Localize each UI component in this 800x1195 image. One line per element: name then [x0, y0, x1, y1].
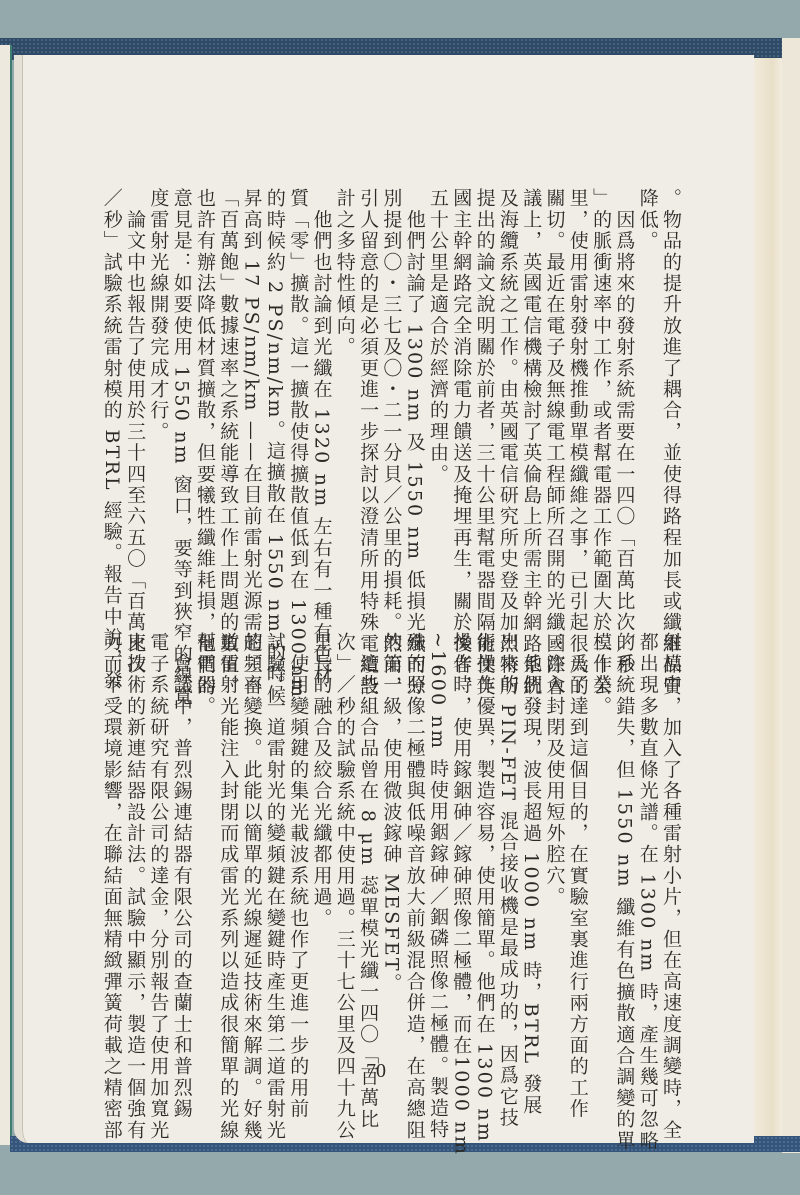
text-column: 他們也討論到光纖在 1320 nm 左右有一種有色材: [311, 188, 333, 686]
text-column: 電子系統研究有限公司的達金，分別報告了使用加寬光: [147, 632, 169, 1141]
text-column: 國主幹網路完全消除電力饋送及掩埋再生，關於後者，: [450, 188, 472, 697]
text-column: 。物品的提升放進了耦合，並使得路程加長或纖維品質: [660, 188, 682, 697]
text-column: 昇高到 17 PS/nm/km ——在目前雷射光源需超三百: [241, 188, 263, 696]
text-column: 試驗。一道雷射光的變頻鍵在變鍵時產生第二道雷射光: [264, 632, 286, 1141]
text-column: 操作時，使用鎵銦砷／鎵砷照像二極體，而在1000 nm: [450, 632, 472, 1156]
page-number: 70: [366, 1060, 386, 1083]
text-column: ／秒」試驗系統雷射模的 BTRL 經驗。報告中說，發: [101, 188, 123, 691]
text-column: 里長的融合及絞合光纖都用過。: [311, 632, 333, 929]
text-column: 「百萬飽」數據速率之系統能導致工作上問題的數值。: [217, 188, 239, 697]
text-column: 議上，英國電信機構檢討了英倫島上所需主幹網路系統: [520, 188, 542, 697]
text-column: 關切。最近在電子及無線電工程師所召開的光纖國際會: [544, 188, 566, 697]
book-cover-right-edge: [782, 38, 800, 1153]
text-column: 也許有辦法降低材質擴散，但要犧牲纖維耗損，他們的: [194, 188, 216, 697]
text-column: 都出現多數直條光譜。在 1300 nm 時，產生幾可忽略: [637, 632, 659, 1151]
text-column: 意見是：如要使用 1550 nm 窗口，要等到狹窄的線寬: [171, 188, 193, 707]
facing-page-edge: [0, 45, 12, 1145]
text-column: 因爲將來的發射系統需要在一四〇「百萬比次／秒: [613, 188, 635, 676]
text-column: 提出的論文說明關於前者，三十公里幫電器間隔能使英: [474, 188, 496, 697]
text-column: 出來的 PIN-FET 混合接收機是最成功的，因爲它技: [497, 632, 519, 1129]
text-column: 殊的照像二極體與低噪音放大前級混合併造，在高總阻: [404, 632, 426, 1141]
text-column: 這些組合品曾在 8 μm 蕊單模光纖一四〇「百萬比: [357, 632, 379, 1130]
text-column: 道雷射光能注入封閉而成雷光系列以造成很簡單的光線: [217, 632, 239, 1141]
text-column: 里，使用雷射發射機推動單模纖維之事，已引起很大的: [567, 188, 589, 697]
text-column: 模作業。: [590, 632, 612, 717]
text-column: 別提到〇・三七及〇・二一分貝／公里的損耗。然而，: [380, 188, 402, 697]
text-column: 度雷射光線開發完成才行。: [147, 188, 169, 442]
text-column: 的第一級，使用微波鎵砷 MESFET。: [380, 632, 402, 994]
text-column: 計之多特性傾向。: [334, 188, 356, 358]
text-column: ~1600 nm 時使用銦鎵砷／銦磷照像二極體。製造特: [427, 632, 449, 1140]
text-column: 束技術的新連結器設計法。試驗中顯示，製造一個強有: [124, 632, 146, 1141]
text-column: 術操作優異，製造容易，使用簡單。他們在 1300 nm: [474, 632, 496, 1143]
text-column: 及海纜系統之工作。由英國電信研究所史登及加烈特所: [497, 188, 519, 697]
text-column: 論文中也報告了使用於三十四至六五〇「百萬比次: [124, 188, 146, 676]
text-column: 射模中，加入了各種雷射小片，但在高速度調變時，全: [660, 632, 682, 1141]
text-column: 質「零」擴散。這一擴散使得擴散值低到在 1300 nm: [287, 188, 309, 699]
text-column: 幫電器。: [194, 632, 216, 717]
text-column: 他們討論了 1300 nm 及 1550 nm 低損光纖而分: [404, 188, 426, 697]
text-column: ：注入封閉及使用短外腔穴。: [544, 632, 566, 908]
text-column: 」的脈衝速率中工作，或者幫電器工作範圍大於二十公: [590, 188, 612, 697]
text-column: 力而不受環境影響，在聯結面無精緻彈簧荷載之精密部: [101, 632, 123, 1141]
text-column: 次」／秒的試驗系統中使用過。三十七公里及四十九公: [334, 632, 356, 1141]
text-column: 使用變頻鍵的集光載波系統也作了更進一步的用前: [287, 632, 309, 1120]
text-column: 的頻率變換。此能以簡單的光線遲延技術來解調。好幾: [241, 632, 263, 1141]
text-column: 五十公里是適合於經濟的理由。: [427, 188, 449, 485]
text-column: 會議中，普烈錫連結器有限公司的查蘭士和普烈錫: [171, 632, 193, 1120]
text-column: 的系統錯失，但 1550 nm 纖維有色擴散適合調變的單: [613, 632, 635, 1151]
text-column: 引人留意的是必須更進一步探討以澄清所用特殊電纜設: [357, 188, 379, 697]
text-column: 他們發現，波長超過 1000 nm 時，BTRL 發展: [520, 632, 542, 1116]
text-column: 爲了達到這個目的，在實驗室裏進行兩方面的工作: [567, 632, 589, 1120]
text-column: 的時候約 2 PS/nm/km。這擴散在 1550 nm 的時候: [264, 188, 286, 706]
text-column: 降低。: [637, 188, 659, 252]
